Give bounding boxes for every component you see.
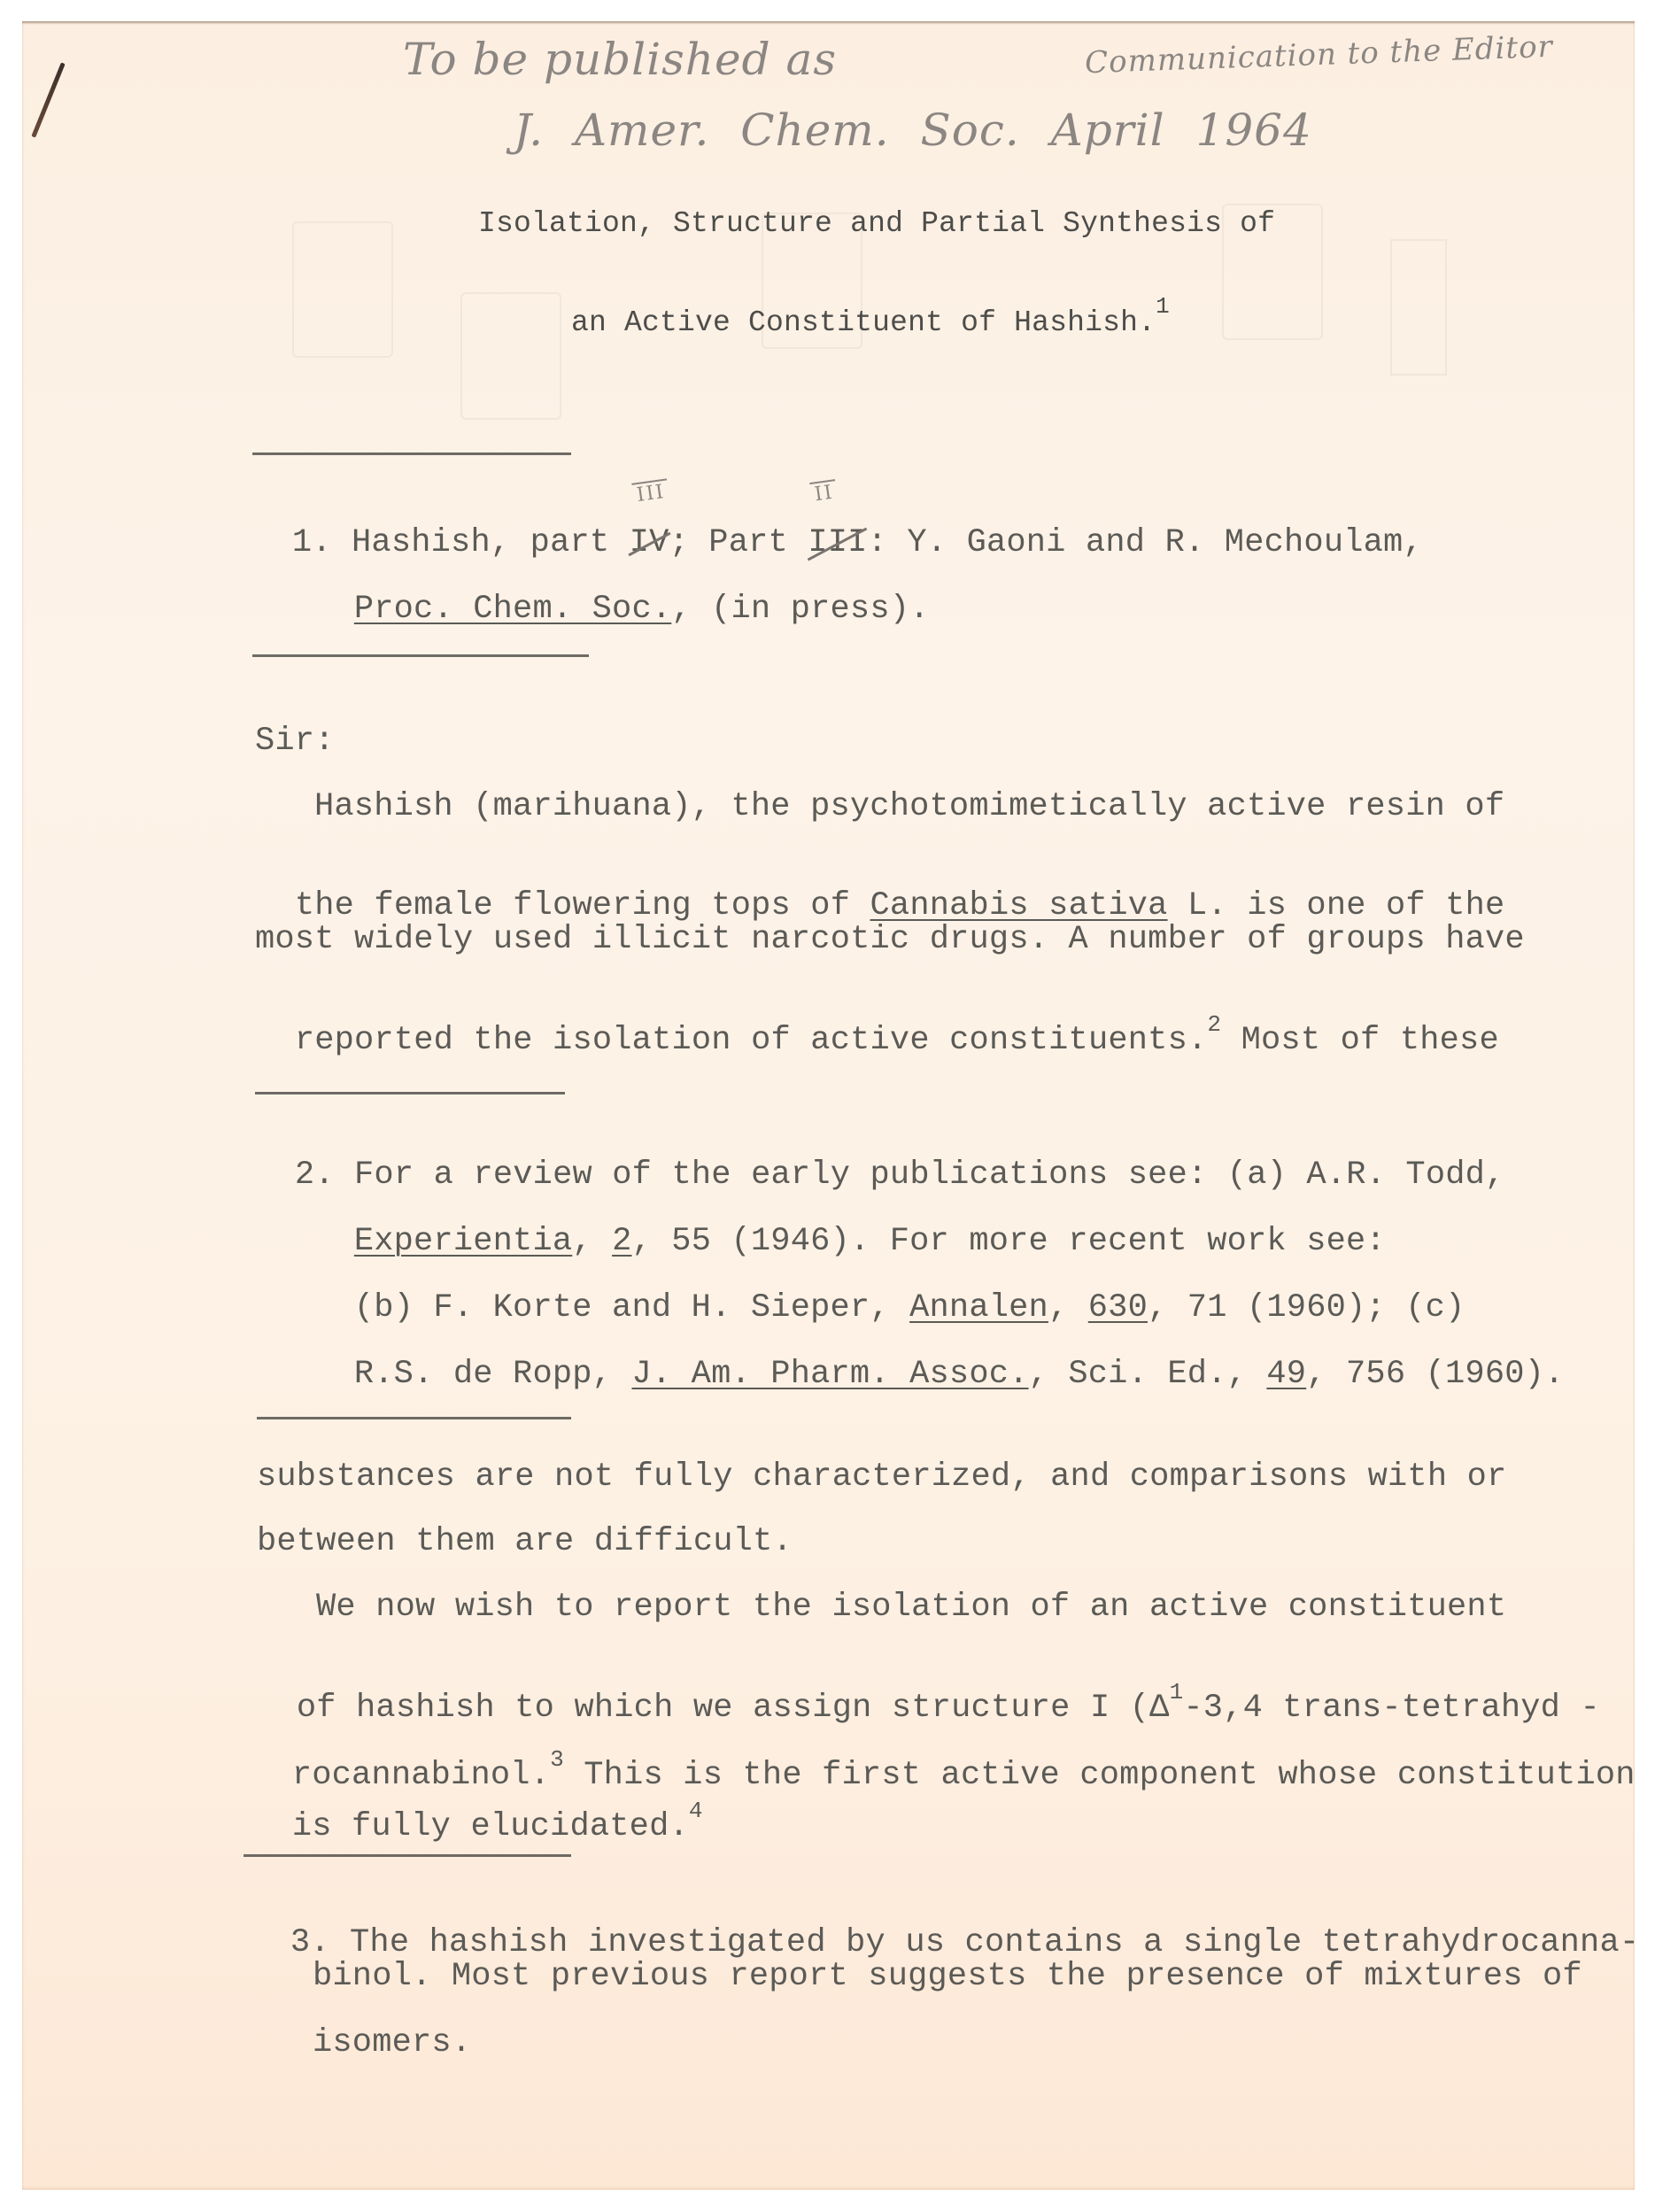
paragraph-1-line3: most widely used illicit narcotic drugs.…: [255, 924, 1525, 956]
document-page: [22, 21, 1635, 2190]
title-line2: an Active Constituent of Hashish.1: [536, 279, 1170, 337]
footnote-text: , (in press).: [671, 591, 929, 628]
paragraph-text: -3,4 trans-tetrahyd -: [1183, 1690, 1599, 1727]
paragraph-text: This is the first active component whose…: [564, 1757, 1636, 1794]
paragraph-text: the female flowering tops of: [295, 887, 870, 924]
salutation: Sir:: [255, 725, 335, 758]
footnote-3-line2: binol. Most previous report suggests the…: [313, 1961, 1582, 1993]
footnote-2-line4: R.S. de Ropp, J. Am. Pharm. Assoc., Sci.…: [314, 1326, 1564, 1391]
footnote-2-line1: 2. For a review of the early publication…: [255, 1126, 1504, 1192]
footnote-text: For a review of the early publications s…: [354, 1156, 1504, 1194]
footnote-2-line2: Experientia, 2, 55 (1946). For more rece…: [314, 1193, 1386, 1258]
footnote-number: 1.: [292, 524, 332, 561]
paragraph-text: Most of these: [1221, 1022, 1499, 1059]
footnote-rule: [252, 654, 589, 657]
footnote-rule: [255, 1092, 565, 1094]
paragraph-3-line1: We now wish to report the isolation of a…: [316, 1591, 1506, 1624]
footnote-text: , 756 (1960).: [1306, 1356, 1564, 1393]
delta-superscript: 1: [1170, 1679, 1184, 1705]
footnote-number: 3.: [290, 1924, 330, 1961]
paragraph-text: of hashish to which we assign structure …: [297, 1690, 1170, 1727]
footnote-ref-1: 1: [1156, 293, 1170, 320]
footnote-text: , Sci. Ed.,: [1029, 1356, 1267, 1393]
footnote-3-line1: 3. The hashish investigated by us contai…: [251, 1894, 1639, 1960]
volume-number: 2: [612, 1223, 631, 1260]
footnote-rule: [252, 452, 571, 455]
paragraph-text: reported the isolation of active constit…: [295, 1022, 1208, 1059]
volume-number: 49: [1266, 1356, 1306, 1393]
footnote-1-line1: 1. Hashish, part IVIII; Part IIIII: Y. G…: [252, 494, 1423, 560]
journal-title: J. Am. Pharm. Assoc.: [631, 1356, 1028, 1393]
footnote-ref-4: 4: [689, 1798, 703, 1824]
paragraph-3-line4: is fully elucidated.4: [252, 1778, 703, 1844]
footnote-text: ; Part: [669, 524, 808, 561]
footnote-text: Hashish, part: [352, 524, 630, 561]
paragraph-1-line2: the female flowering tops of Cannabis sa…: [255, 857, 1504, 923]
species-name: Cannabis sativa: [870, 887, 1168, 924]
paragraph-text: L. is one of the: [1168, 887, 1505, 924]
footnote-2-line3: (b) F. Korte and H. Sieper, Annalen, 630…: [314, 1259, 1465, 1325]
journal-title: Proc. Chem. Soc.: [354, 591, 671, 628]
footnote-ref-3: 3: [550, 1746, 564, 1773]
struck-part-number: IVIII: [630, 527, 669, 560]
footnote-number: 2.: [295, 1156, 335, 1194]
title-line2-text: an Active Constituent of Hashish.: [571, 306, 1156, 339]
footnote-rule: [257, 1417, 571, 1419]
title-line1: Isolation, Structure and Partial Synthes…: [478, 209, 1275, 238]
footnote-3-line3: isomers.: [313, 2027, 471, 2060]
paragraph-2-line2: between them are difficult.: [257, 1526, 793, 1558]
footnote-ref-2: 2: [1207, 1011, 1221, 1038]
journal-title: Annalen: [909, 1289, 1048, 1326]
typed-part-number: IV: [630, 524, 669, 561]
footnote-1-line2: Proc. Chem. Soc., (in press).: [314, 561, 930, 626]
paragraph-1-line4: reported the isolation of active constit…: [255, 992, 1499, 1057]
footnote-text: (b) F. Korte and H. Sieper,: [354, 1289, 909, 1326]
volume-number: 630: [1088, 1289, 1148, 1326]
footnote-text: R.S. de Ropp,: [354, 1356, 632, 1393]
journal-title: Experientia: [354, 1223, 572, 1260]
handwritten-correction: II: [809, 479, 839, 507]
footnote-rule: [244, 1854, 571, 1857]
paragraph-2-line1: substances are not fully characterized, …: [257, 1461, 1506, 1494]
struck-part-number: IIIII: [808, 527, 867, 560]
footnote-text: , 71 (1960); (c): [1148, 1289, 1465, 1326]
paragraph-3-line2: of hashish to which we assign structure …: [257, 1659, 1600, 1725]
typed-part-number: III: [808, 524, 867, 561]
handwritten-note-line2: J. Amer. Chem. Soc. April 1964: [514, 104, 1312, 156]
footnote-text: The hashish investigated by us contains …: [350, 1924, 1639, 1961]
footnote-text: : Y. Gaoni and R. Mechoulam,: [868, 524, 1423, 561]
footnote-text: , 55 (1946). For more recent work see:: [631, 1223, 1385, 1260]
handwritten-correction: III: [631, 478, 670, 508]
handwritten-note-line1a: To be published as: [403, 34, 837, 85]
paragraph-text: is fully elucidated.: [292, 1808, 689, 1845]
paragraph-1-line1: Hashish (marihuana), the psychotomimetic…: [314, 791, 1504, 824]
